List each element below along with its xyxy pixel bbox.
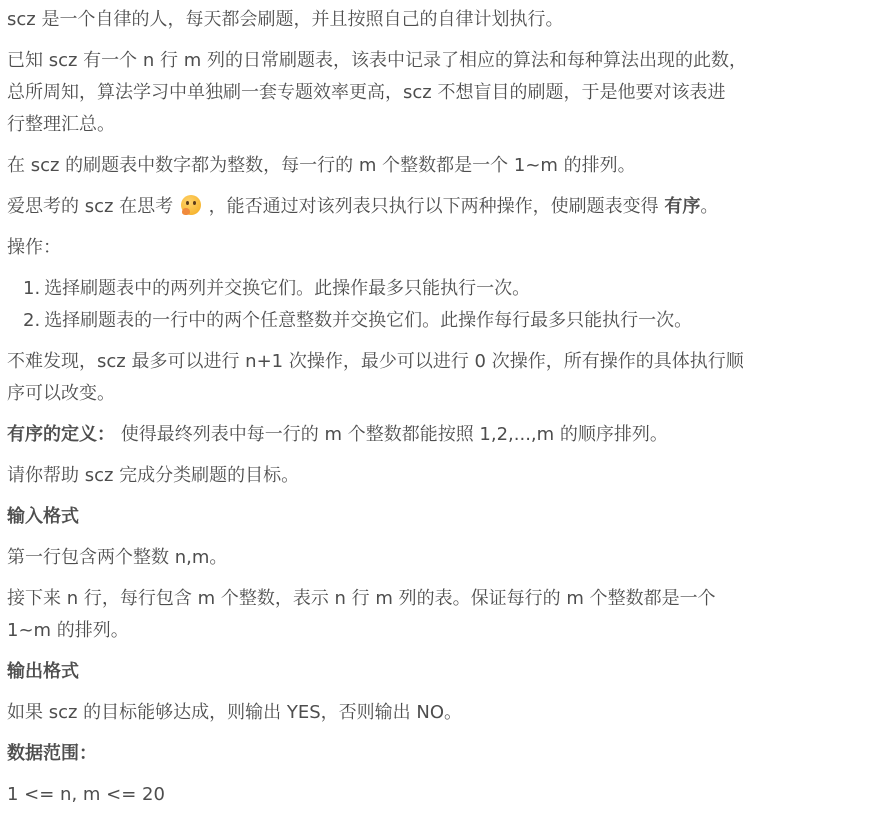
operation-item: 1.选择刷题表中的两列并交换它们。此操作最多只能执行一次。 <box>7 273 887 305</box>
input-format-line-1: 第一行包含两个整数 n,m。 <box>7 542 887 574</box>
data-range-heading: 数据范围： <box>7 738 887 770</box>
thinking-text-after: ，能否通过对该列表只执行以下两种操作，使刷题表变得 <box>209 196 665 217</box>
operation-count-line-2: 序可以改变。 <box>7 378 887 410</box>
operation-count-line-1: 不难发现，scz 最多可以进行 n+1 次操作，最少可以进行 0 次操作，所有操… <box>7 346 887 378</box>
operation-text: 选择刷题表中的两列并交换它们。此操作最多只能执行一次。 <box>44 278 530 299</box>
input-format-line-2b: 1~m 的排列。 <box>7 615 887 647</box>
output-format-heading: 输出格式 <box>7 656 887 688</box>
input-format-heading: 输入格式 <box>7 501 887 533</box>
ordered-definition-text: 使得最终列表中每一行的 m 个整数都能按照 1,2,...,m 的顺序排列。 <box>115 424 668 445</box>
table-description-line-3: 行整理汇总。 <box>7 109 887 141</box>
operation-text: 选择刷题表的一行中的两个任意整数并交换它们。此操作每行最多只能执行一次。 <box>44 310 692 331</box>
table-description-line-1: 已知 scz 有一个 n 行 m 列的日常刷题表，该表中记录了相应的算法和每种算… <box>7 45 887 77</box>
operation-number: 2. <box>23 310 40 331</box>
table-description-line-2: 总所周知，算法学习中单独刷一套专题效率更高，scz 不想盲目的刷题，于是他要对该… <box>7 77 887 109</box>
goal-paragraph: 请你帮助 scz 完成分类刷题的目标。 <box>7 460 887 492</box>
ordered-definition-paragraph: 有序的定义： 使得最终列表中每一行的 m 个整数都能按照 1,2,...,m 的… <box>7 419 887 451</box>
operation-count-paragraph: 不难发现，scz 最多可以进行 n+1 次操作，最少可以进行 0 次操作，所有操… <box>7 346 887 410</box>
input-format-line-2a: 接下来 n 行，每行包含 m 个整数，表示 n 行 m 列的表。保证每行的 m … <box>7 583 887 615</box>
thinking-text-end: 。 <box>700 196 718 217</box>
thinking-paragraph: 爱思考的 scz 在思考 ，能否通过对该列表只执行以下两种操作，使刷题表变得 有… <box>7 191 887 223</box>
thinking-text-before: 爱思考的 scz 在思考 <box>7 196 173 217</box>
operations-label: 操作： <box>7 232 887 264</box>
operation-number: 1. <box>23 278 40 299</box>
output-format-line-1: 如果 scz 的目标能够达成，则输出 YES，否则输出 NO。 <box>7 697 887 729</box>
input-format-paragraph-2: 接下来 n 行，每行包含 m 个整数，表示 n 行 m 列的表。保证每行的 m … <box>7 583 887 647</box>
operations-list: 1.选择刷题表中的两列并交换它们。此操作最多只能执行一次。 2.选择刷题表的一行… <box>7 273 887 337</box>
ordered-keyword: 有序 <box>664 196 700 217</box>
intro-paragraph: scz 是一个自律的人，每天都会刷题，并且按照自己的自律计划执行。 <box>7 0 887 36</box>
data-range-line-1: 1 <= n, m <= 20 <box>7 779 887 811</box>
ordered-definition-label: 有序的定义： <box>7 424 115 445</box>
thinking-face-icon <box>181 195 201 215</box>
table-description-paragraph: 已知 scz 有一个 n 行 m 列的日常刷题表，该表中记录了相应的算法和每种算… <box>7 45 887 141</box>
permutation-paragraph: 在 scz 的刷题表中数字都为整数，每一行的 m 个整数都是一个 1~m 的排列… <box>7 150 887 182</box>
problem-statement: scz 是一个自律的人，每天都会刷题，并且按照自己的自律计划执行。 已知 scz… <box>0 0 887 811</box>
operation-item: 2.选择刷题表的一行中的两个任意整数并交换它们。此操作每行最多只能执行一次。 <box>7 305 887 337</box>
